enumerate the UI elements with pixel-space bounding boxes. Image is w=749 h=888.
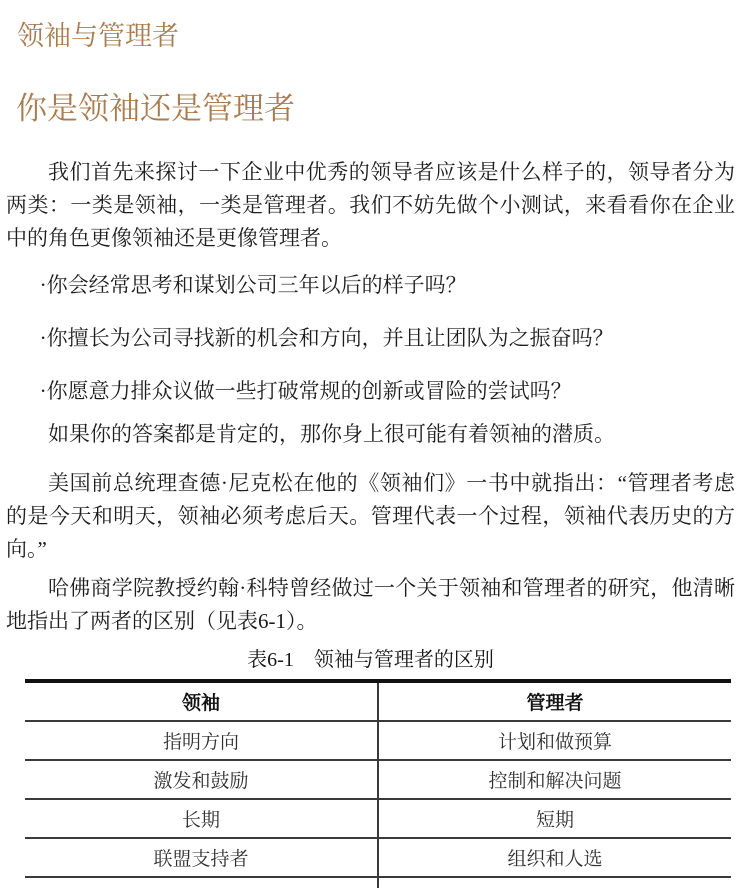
table-cell-manager-1: 计划和做预算 <box>378 721 731 760</box>
table-cell-leader-2: 激发和鼓励 <box>25 760 378 799</box>
section-title: 你是领袖还是管理者 <box>16 88 735 130</box>
document-page: 领袖与管理者 你是领袖还是管理者 我们首先来探讨一下企业中优秀的领导者应该是什么… <box>0 0 749 888</box>
table-cell-manager-2: 控制和解决问题 <box>378 760 731 799</box>
table-caption: 表6-1 领袖与管理者的区别 <box>6 644 735 677</box>
table-row: 指明方向 计划和做预算 <box>25 721 731 760</box>
paragraph-conclusion: 如果你的答案都是肯定的，那你身上很可能有着领袖的潜质。 <box>6 418 735 451</box>
bullet-question-1: ·你会经常思考和谋划公司三年以后的样子吗？ <box>40 269 735 302</box>
table-cell-manager-3: 短期 <box>378 799 731 838</box>
bullet-question-2: ·你擅长为公司寻找新的机会和方向，并且让团队为之振奋吗？ <box>40 322 735 355</box>
table-header-manager: 管理者 <box>378 681 731 721</box>
table-row: 联盟支持者 组织和人选 <box>25 838 731 877</box>
table-row: 长期 短期 <box>25 799 731 838</box>
table-header-leader: 领袖 <box>25 681 378 721</box>
chapter-title: 领袖与管理者 <box>17 18 735 54</box>
paragraph-kotter-study: 哈佛商学院教授约翰·科特曾经做过一个关于领袖和管理者的研究，他清晰地指出了两者的… <box>6 572 735 638</box>
table-row-clipped <box>25 877 731 888</box>
table-cell-leader-1: 指明方向 <box>25 721 378 760</box>
bullet-question-3: ·你愿意力排众议做一些打破常规的创新或冒险的尝试吗？ <box>40 375 735 408</box>
paragraph-intro: 我们首先来探讨一下企业中优秀的领导者应该是什么样子的，领导者分为两类：一类是领袖… <box>6 156 735 255</box>
paragraph-nixon-quote: 美国前总统理查德·尼克松在他的《领袖们》一书中就指出：“管理者考虑的是今天和明天… <box>6 467 735 566</box>
comparison-table: 领袖 管理者 指明方向 计划和做预算 激发和鼓励 控制和解决问题 长期 短期 联… <box>25 679 731 888</box>
table-row: 激发和鼓励 控制和解决问题 <box>25 760 731 799</box>
table-header-row: 领袖 管理者 <box>25 681 731 721</box>
table-cell-leader-4: 联盟支持者 <box>25 838 378 877</box>
table-cell-manager-4: 组织和人选 <box>378 838 731 877</box>
table-cell-leader-3: 长期 <box>25 799 378 838</box>
